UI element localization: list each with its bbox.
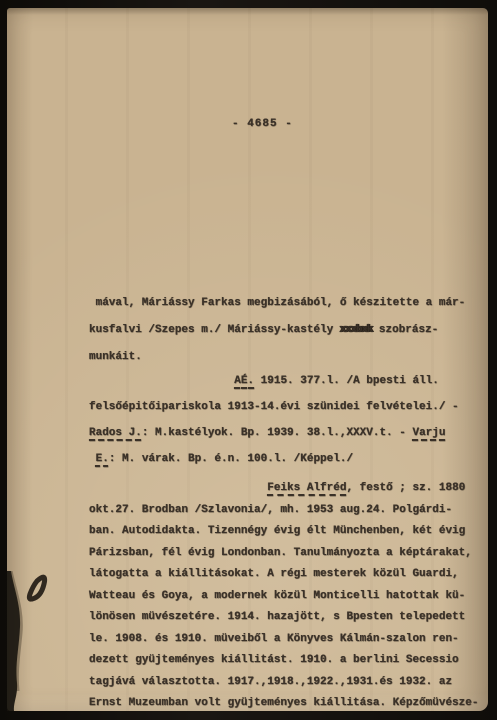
underlined-text: AÉ.	[234, 375, 254, 387]
text-segment: okt.27. Brodban /Szlavonia/, mh. 1953 au…	[89, 504, 452, 516]
typewritten-line: dezett gyüjteményes kiállitást. 1910. a …	[89, 650, 485, 672]
typewritten-line: látogatta a kiállitásokat. A régi mester…	[89, 564, 485, 586]
scan-border: - 4685 - mával, Máriássy Farkas megbizás…	[0, 0, 497, 720]
scanned-paper-page: - 4685 - mával, Máriássy Farkas megbizás…	[7, 8, 488, 711]
underlined-text: Feiks Alfréd	[267, 482, 346, 494]
typewritten-line: felsőépitőipariskola 1913-14.évi szünide…	[89, 394, 485, 420]
typewritten-line: Rados J.: M.kastélyok. Bp. 1939. 38.l.,X…	[89, 420, 485, 446]
typewritten-line: tagjává választotta. 1917.,1918.,1922.,1…	[89, 672, 485, 694]
page-number: - 4685 -	[232, 118, 293, 130]
text-segment: látogatta a kiállitásokat. A régi mester…	[89, 568, 459, 580]
typewritten-line: Feiks Alfréd, festő ; sz. 1880	[89, 478, 485, 500]
typewritten-line: le. 1908. és 1910. müveiből a Könyves Ká…	[89, 629, 485, 651]
typewritten-line: Párizsban, fél évig Londonban. Tanulmány…	[89, 543, 485, 565]
text-segment: , festő ; sz. 1880	[346, 482, 465, 494]
underlined-text: Rados J.	[89, 427, 142, 439]
typewritten-line: Ernst Muzeumban volt gyüjteményes kiálli…	[89, 693, 485, 715]
text-segment: : M.kastélyok. Bp. 1939. 38.l.,XXXV.t. -	[142, 427, 413, 439]
text-segment: 1915. 377.l. /A bpesti áll.	[254, 375, 439, 387]
text-segment: ban. Autodidakta. Tizennégy évig élt Mün…	[89, 525, 465, 537]
text-segment	[89, 482, 267, 494]
typewritten-line: lönösen müvészetére. 1914. hazajött, s B…	[89, 607, 485, 629]
text-block-feiks-entry: Feiks Alfréd, festő ; sz. 1880okt.27. Br…	[89, 478, 485, 715]
text-segment: le. 1908. és 1910. müveiből a Könyves Ká…	[89, 633, 459, 645]
text-segment	[89, 453, 96, 465]
typewritten-line: kusfalvi /Szepes m./ Máriássy-kastély xx…	[89, 317, 485, 344]
text-segment: Ernst Muzeumban volt gyüjteményes kiálli…	[89, 697, 478, 709]
underlined-text: E.	[96, 453, 109, 465]
text-segment: kusfalvi /Szepes m./ Máriássy-kastély	[89, 324, 340, 336]
struck-out-word: xxxbxk	[340, 324, 372, 336]
text-segment: Párizsban, fél évig Londonban. Tanulmány…	[89, 547, 472, 559]
typewritten-line: mával, Máriássy Farkas megbizásából, ő k…	[89, 290, 485, 317]
typewritten-line: E.: M. várak. Bp. é.n. 100.l. /Képpel./	[89, 446, 485, 472]
typewritten-line: AÉ. 1915. 377.l. /A bpesti áll.	[89, 368, 485, 394]
typewritten-line: Watteau és Goya, a modernek közül Montic…	[89, 586, 485, 608]
text-segment	[89, 375, 234, 387]
typewritten-line: okt.27. Brodban /Szlavonia/, mh. 1953 au…	[89, 500, 485, 522]
text-segment: lönösen müvészetére. 1914. hazajött, s B…	[89, 611, 465, 623]
underlined-text: Varju	[412, 427, 445, 439]
typewritten-line: munkáit.	[89, 344, 485, 371]
ink-blot	[7, 571, 67, 711]
text-block-citations: AÉ. 1915. 377.l. /A bpesti áll.felsőépit…	[89, 368, 485, 472]
text-segment: dezett gyüjteményes kiállitást. 1910. a …	[89, 654, 459, 666]
text-block-paragraph: mával, Máriássy Farkas megbizásából, ő k…	[89, 290, 485, 371]
text-segment: munkáit.	[89, 351, 142, 363]
typewritten-line: ban. Autodidakta. Tizennégy évig élt Mün…	[89, 521, 485, 543]
text-segment: szobrász-	[372, 324, 438, 336]
text-segment: tagjává választotta. 1917.,1918.,1922.,1…	[89, 676, 452, 688]
text-segment: felsőépitőipariskola 1913-14.évi szünide…	[89, 401, 459, 413]
text-segment: Watteau és Goya, a modernek közül Montic…	[89, 590, 465, 602]
text-segment: : M. várak. Bp. é.n. 100.l. /Képpel./	[109, 453, 353, 465]
text-segment: mával, Máriássy Farkas megbizásából, ő k…	[89, 297, 465, 309]
